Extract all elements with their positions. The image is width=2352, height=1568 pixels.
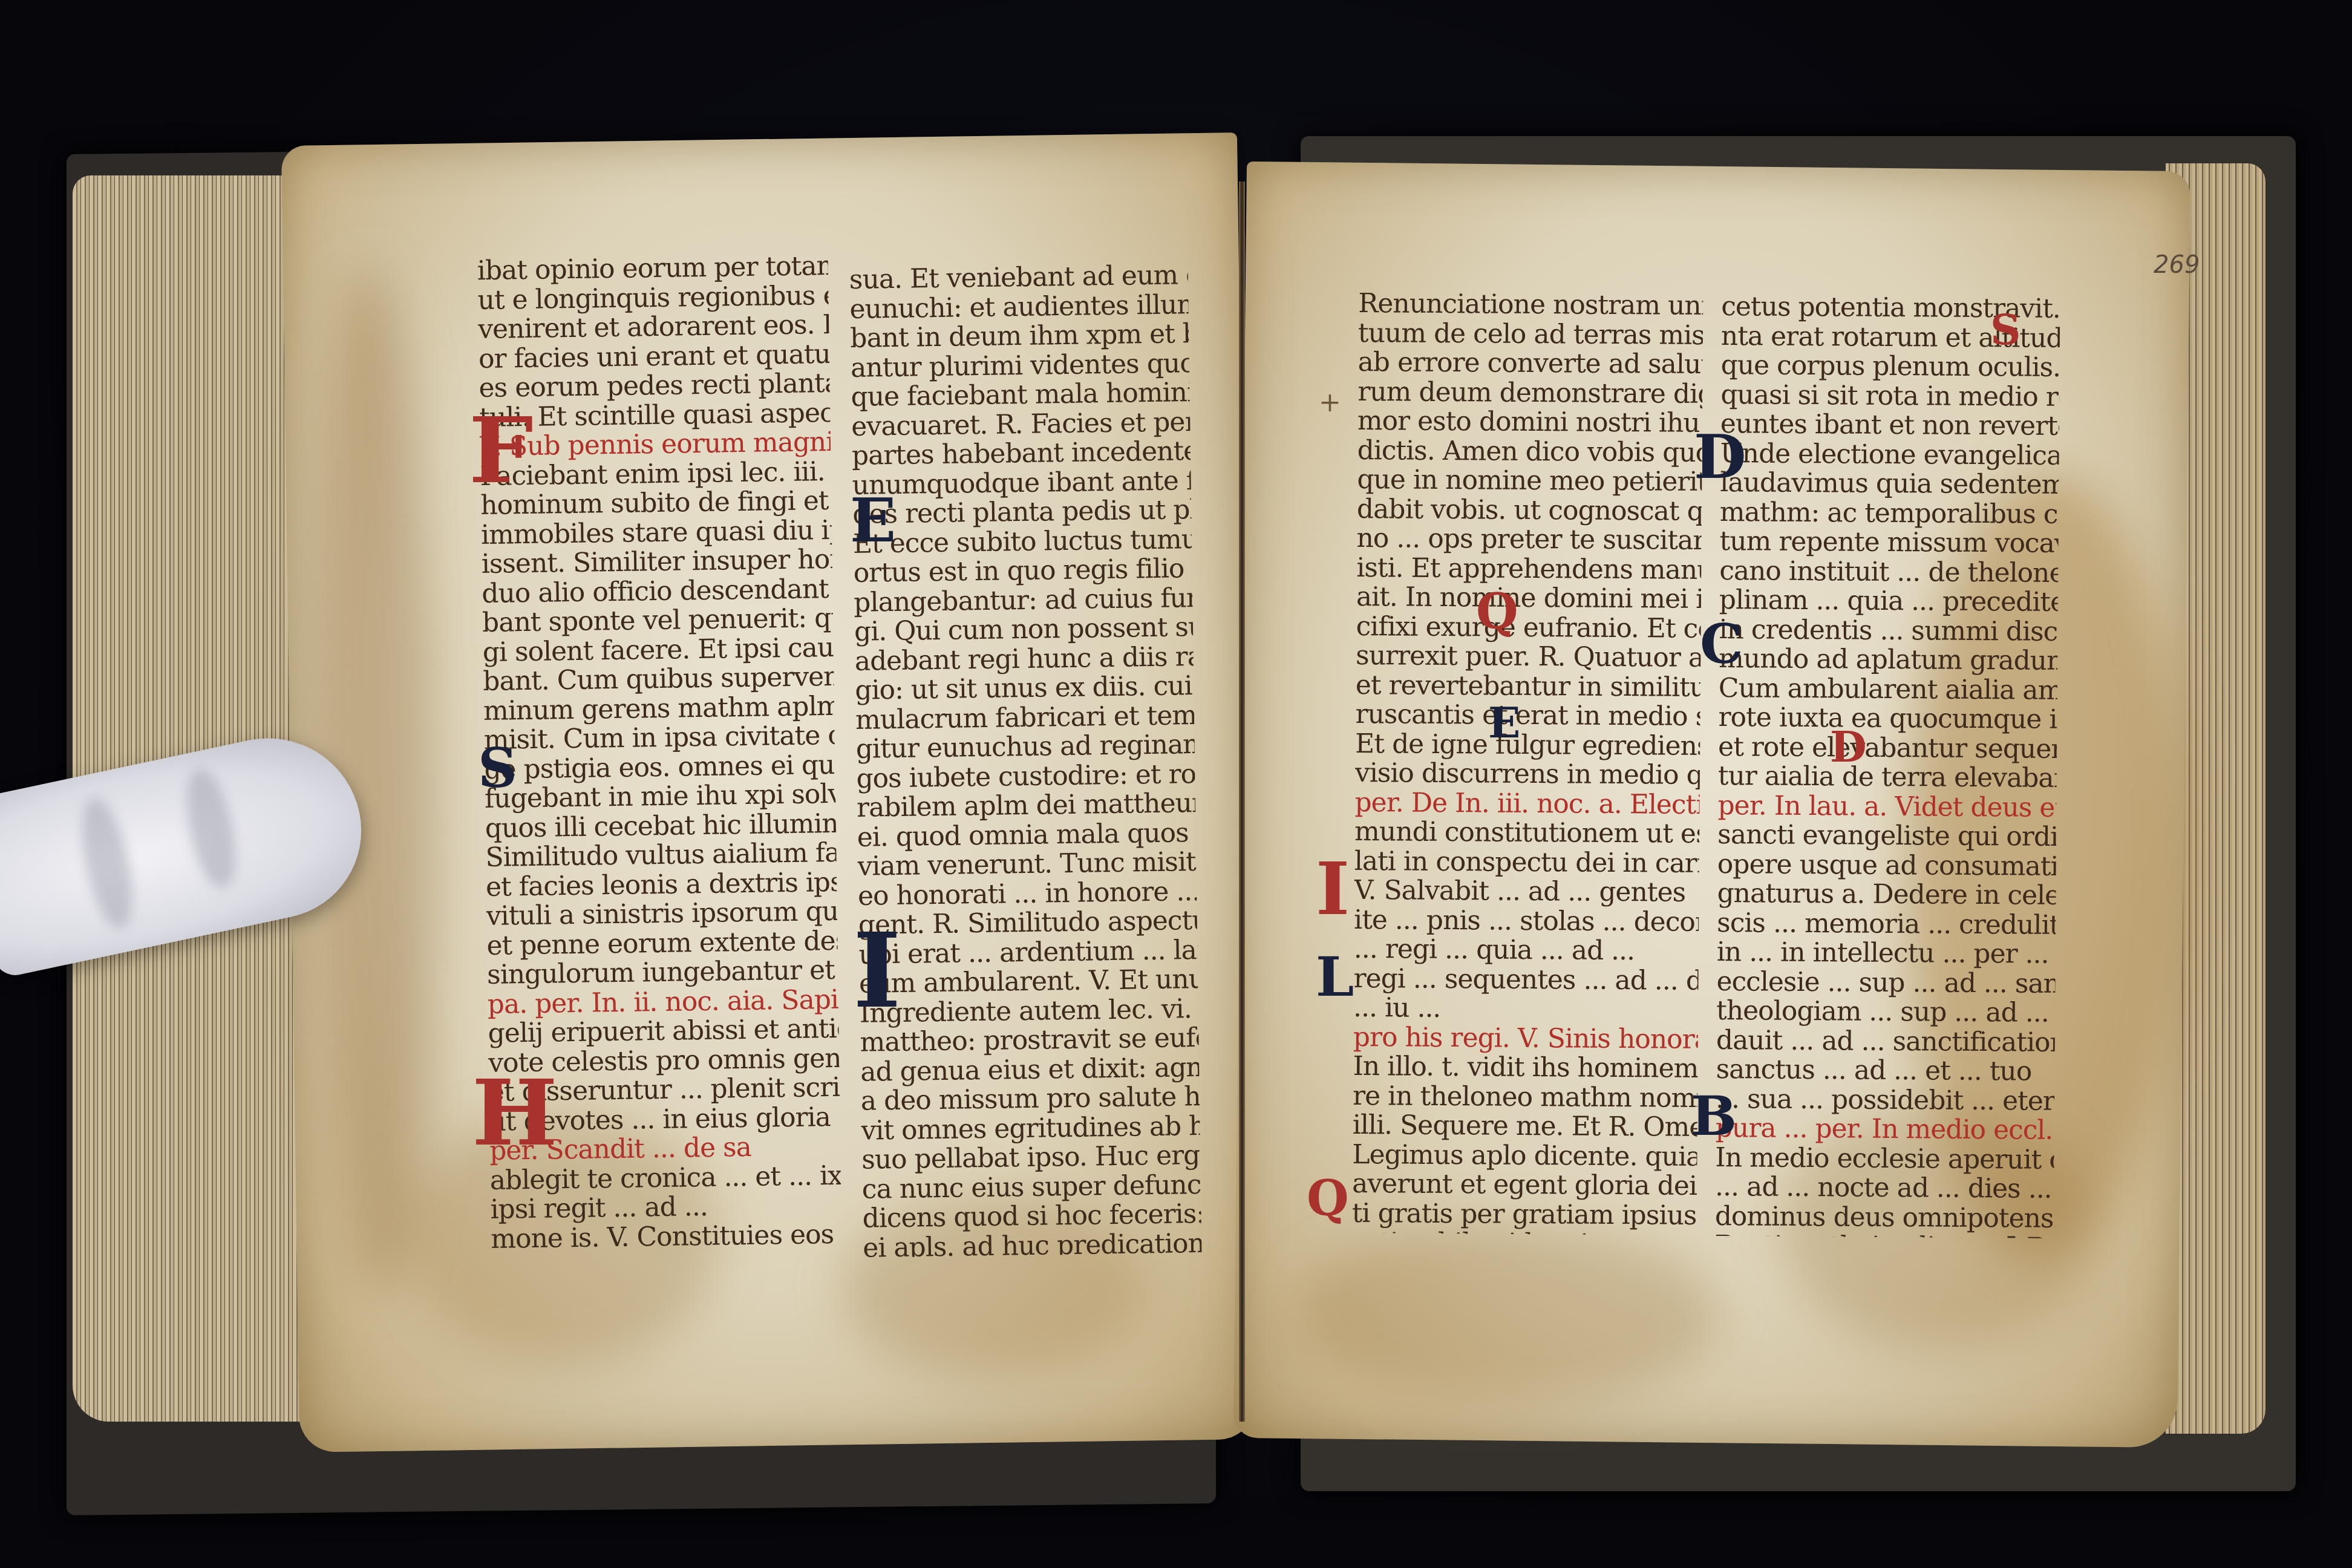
rubric-line: per. In lau. a. Videt deus et hominibus: [1717, 791, 2056, 823]
text-line: dauit ... ad ... sanctificationem: [1716, 1026, 2055, 1057]
margin-cross-mark: +: [1319, 387, 1341, 418]
red-initial-Q-lower: Q: [1307, 1152, 1349, 1243]
text-line: rote iuxta ea quocumque ibat spiritus il…: [1718, 703, 2057, 734]
folio-number: 269: [2154, 251, 2200, 279]
text-line: opere usque ad consumationem vite. per. …: [1717, 850, 2056, 881]
text-line: quasi si sit rota in medio rote. V. Qui …: [1720, 381, 2059, 412]
text-line: In medio ecclesie aperuit os eius a. de …: [1715, 1143, 2054, 1175]
text-line: surrexit puer. R. Quatuor aialia ibant: [1356, 641, 1700, 673]
red-initial-F: F: [469, 405, 534, 496]
text-line: illi. Sequere me. Et R. Omelia venia. le…: [1353, 1111, 1697, 1142]
rubric-line: pura ... per. In medio eccl.: [1716, 1114, 2054, 1145]
text-line: in ... in intellectu ... per ...: [1717, 938, 2056, 969]
text-line: ti gratis per gratiam ipsius. Quid tam i…: [1352, 1198, 1697, 1230]
text-line: V. Salvabit ... ad ... gentes: [1354, 876, 1699, 907]
text-line: theologiam ... sup ... ad ... sacerdotes: [1716, 996, 2055, 1028]
text-line: et revertebantur in similitudinem fulgor…: [1356, 671, 1700, 702]
text-line: Renunciatione nostram unigenitum filium: [1358, 289, 1703, 321]
text-line: Unde electione evangelica lec. ix. Et: [1720, 439, 2059, 471]
rubric-line: per. De In. iii. noc. a. Electi sunt in …: [1354, 788, 1699, 820]
book-gutter: [1239, 181, 1245, 1422]
red-initial-Q: Q: [1476, 566, 1518, 656]
right-page-column-1: Renunciatione nostram unigenitum filium …: [1352, 289, 1704, 1235]
text-line: in credentis ... summi discipline: [1719, 615, 2057, 647]
text-line: cifixi exurge eufranio. Et confestim: [1356, 612, 1700, 644]
blue-initial-D: D: [1694, 411, 1746, 502]
text-line: dictis. Amen dico vobis quotiens omnia q…: [1357, 436, 1702, 468]
text-line: cano instituit ... de theloneo dici: [1719, 557, 2058, 588]
text-line: tum repente missum vocavit. Et te publi: [1719, 527, 2058, 558]
text-line: visio discurrens in medio quatuor aialiu…: [1355, 759, 1700, 790]
text-line: averunt et egent gloria dei: iustifica: [1352, 1169, 1697, 1201]
text-line: re in theloneo mathm nomine: et ait: [1353, 1081, 1697, 1112]
text-line: rum deum demonstrare dignatus est me: [1357, 377, 1702, 409]
red-initial-S: S: [1990, 284, 2021, 375]
blue-initial-L: L: [1316, 932, 1354, 1022]
text-line: isti. Et apprehendens manum defuncti: [1356, 554, 1701, 585]
red-initial-I: I: [1316, 844, 1350, 935]
rubric-line: pro his regi. V. Sinis honora. F. mathm: [1353, 1022, 1698, 1054]
text-line: ait. In nomine domini mei ihu xpi cru: [1356, 583, 1701, 614]
text-line: mundo ad aplatum gradum ... monit: [1719, 644, 2057, 676]
text-line: mathm: ac temporalibus curis inten: [1720, 498, 2059, 529]
text-line: Et de igne fulgur egrediens. V. Erat ei …: [1355, 730, 1700, 761]
text-line: gnaturus a. Dedere in celebratione optis: [1717, 879, 2056, 910]
red-initial-H: H: [472, 1068, 558, 1158]
blue-initial-E: E: [1488, 678, 1520, 768]
blue-initial-C: C: [1700, 599, 1743, 690]
text-line: laudavimus quia sedentem in theloneo: [1720, 468, 2059, 500]
text-line: que in nomine meo petieritis a patre meo…: [1357, 465, 1702, 497]
text-line: ruscantis et erat in medio splendor igni…: [1355, 700, 1700, 731]
blue-initial-B: B: [1691, 1071, 1737, 1161]
text-line: no ... ops preter te suscitare pue: [1356, 524, 1701, 555]
text-line: lati in conspectu dei in caritate. Tolli…: [1354, 847, 1699, 878]
text-line: ... ad ... nocte ad ... dies ... ad ...: [1715, 1172, 2054, 1204]
red-initial-D: D: [1830, 702, 1867, 792]
text-line: scis ... memoria ... credulitione: [1717, 909, 2056, 940]
blue-initial-S: S: [478, 723, 517, 814]
text-line: Cum ambularent aialia ambulabant et R.: [1719, 674, 2057, 705]
text-line: plinam ... quia ... precedite ...: [1719, 586, 2058, 617]
left-page-column-2: sua. Et veniebant ad eum omnes amici eun…: [849, 261, 1202, 1258]
blue-initial-I: I: [853, 926, 901, 1016]
text-line: euntes ibant et non revertebantur cum am…: [1720, 410, 2059, 441]
text-line: mor esto domini nostri ihu xpi filij tui…: [1357, 407, 1702, 438]
text-line: mundi constitutionem ut essent sancti et…: [1354, 817, 1699, 849]
text-line: dominus deus omnipotens qui erat et qui …: [1715, 1202, 2054, 1233]
text-line: ecclesie ... sup ... ad ... sanctus: [1716, 967, 2055, 999]
text-line: et rote elevabantur sequentes ea. V. Cum…: [1718, 733, 2057, 764]
text-line: sanctus ... ad ... et ... tuo: [1716, 1055, 2054, 1086]
text-line: mone is. V. Constituies eos lec. iiii.: [491, 1220, 841, 1249]
text-line: sancti evangeliste qui ordinavit tempora…: [1717, 820, 2056, 852]
text-line: regi ... sequentes ... ad ... d ...: [1353, 964, 1698, 996]
text-line: ... regi ... quia ... ad ...: [1354, 935, 1699, 966]
text-line: dabit vobis. ut cognoscat quia tu ... ip…: [1357, 495, 1702, 526]
text-line: In illo. t. vidit ihs hominem sede: [1353, 1052, 1697, 1083]
text-line: ... iu ...: [1353, 993, 1698, 1025]
right-page-column-2: cetus potentia monstravit. R. Sa nta era…: [1715, 292, 2060, 1238]
text-line: Legimus aplo dicente. quia omnes pecc: [1352, 1140, 1697, 1171]
blue-initial-E: E: [850, 475, 896, 566]
text-line: ... sua ... possidebit ... eterna: [1716, 1085, 2054, 1116]
text-line: tur aialia de terra elevabantur rote iux…: [1718, 762, 2057, 793]
text-line: ei apls. ad huc predicationem domini mei: [863, 1229, 1201, 1258]
text-line: ab errore converte ad salutem. et te nob…: [1357, 348, 1702, 379]
text-line: ite ... pnis ... stolas ... decorum ...: [1354, 906, 1699, 937]
text-line: tuum de celo ad terras misisti quod nos: [1358, 319, 1703, 350]
